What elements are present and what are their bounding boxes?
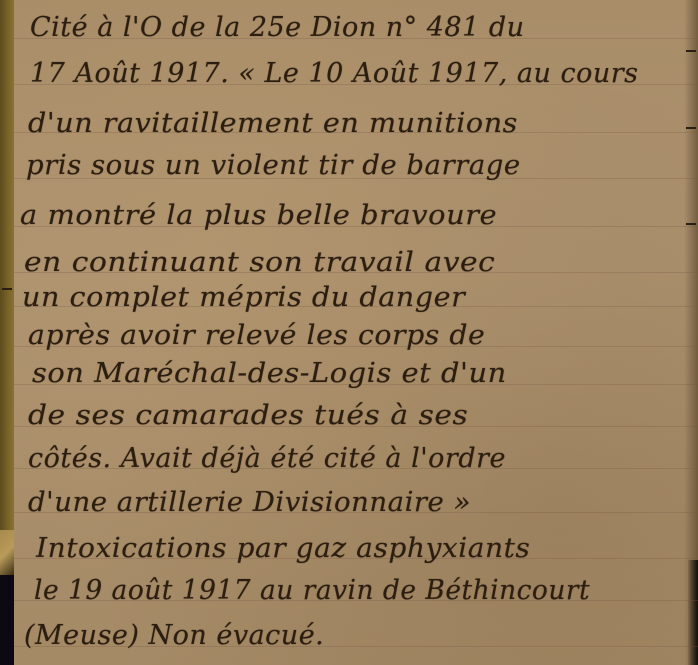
left-dark-border [0, 575, 14, 665]
left-page-corner [0, 530, 14, 575]
right-dark-border [688, 560, 698, 665]
text-line: 17 Août 1917. « Le 10 Août 1917, au cour… [30, 58, 638, 89]
margin-tick-mark [686, 223, 696, 225]
text-line: après avoir relevé les corps de [28, 320, 485, 351]
document-scan: Cité à l'O de la 25e Dion n° 481 du 17 A… [0, 0, 698, 665]
text-line: de ses camarades tués à ses [28, 400, 468, 431]
text-line: un complet mépris du danger [22, 282, 465, 313]
text-line: côtés. Avait déjà été cité à l'ordre [28, 443, 506, 474]
text-line: Intoxications par gaz asphyxiants [36, 533, 530, 564]
text-line: son Maréchal-des-Logis et d'un [32, 358, 507, 389]
margin-tick-mark [2, 288, 12, 290]
text-line: Cité à l'O de la 25e Dion n° 481 du [30, 12, 525, 43]
margin-tick-mark [686, 50, 696, 52]
text-line: d'un ravitaillement en munitions [28, 108, 518, 139]
text-line: le 19 août 1917 au ravin de Béthincourt [34, 575, 590, 606]
text-line: a montré la plus belle bravoure [20, 200, 497, 231]
text-line: en continuant son travail avec [24, 247, 495, 278]
text-line: pris sous un violent tir de barrage [26, 150, 521, 181]
margin-tick-mark [686, 127, 696, 129]
text-line: (Meuse) Non évacué. [24, 620, 324, 651]
text-line: d'une artillerie Divisionnaire » [28, 487, 471, 518]
